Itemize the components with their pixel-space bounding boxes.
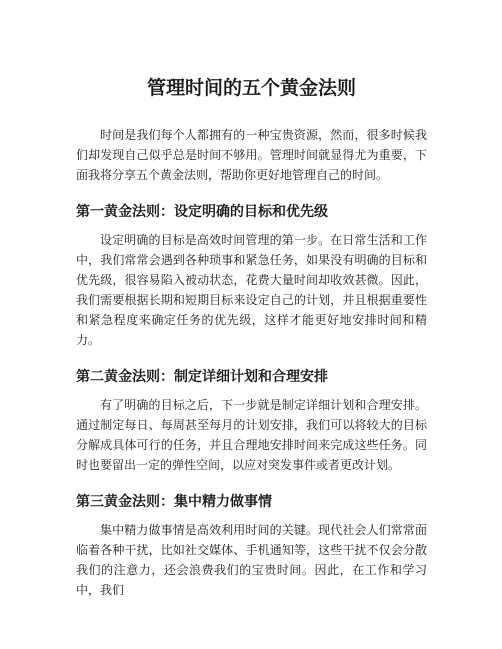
section-rule-3: 第三黄金法则：集中精力做事情 集中精力做事情是高效利用时间的关键。现代社会人们常… xyxy=(76,493,427,600)
section-2-paragraph: 有了明确的目标之后，下一步就是制定详细计划和合理安排。通过制定每日、每周甚至每月… xyxy=(76,395,427,475)
section-1-paragraph: 设定明确的目标是高效时间管理的第一步。在日常生活和工作中，我们常常会遇到各种琐事… xyxy=(76,230,427,350)
intro-paragraph: 时间是我们每个人都拥有的一种宝贵资源，然而，很多时候我们却发现自己似乎总是时间不… xyxy=(76,125,427,185)
section-3-paragraph: 集中精力做事情是高效利用时间的关键。现代社会人们常常面临着各种干扰，比如社交媒体… xyxy=(76,520,427,600)
section-3-heading: 第三黄金法则：集中精力做事情 xyxy=(76,493,427,509)
document-page: 管理时间的五个黄金法则 时间是我们每个人都拥有的一种宝贵资源，然而，很多时候我们… xyxy=(0,0,502,649)
section-rule-2: 第二黄金法则：制定详细计划和合理安排 有了明确的目标之后，下一步就是制定详细计划… xyxy=(76,368,427,475)
section-2-heading: 第二黄金法则：制定详细计划和合理安排 xyxy=(76,368,427,384)
section-1-heading: 第一黄金法则：设定明确的目标和优先级 xyxy=(76,203,427,219)
page-title: 管理时间的五个黄金法则 xyxy=(76,78,427,101)
section-rule-1: 第一黄金法则：设定明确的目标和优先级 设定明确的目标是高效时间管理的第一步。在日… xyxy=(76,203,427,350)
